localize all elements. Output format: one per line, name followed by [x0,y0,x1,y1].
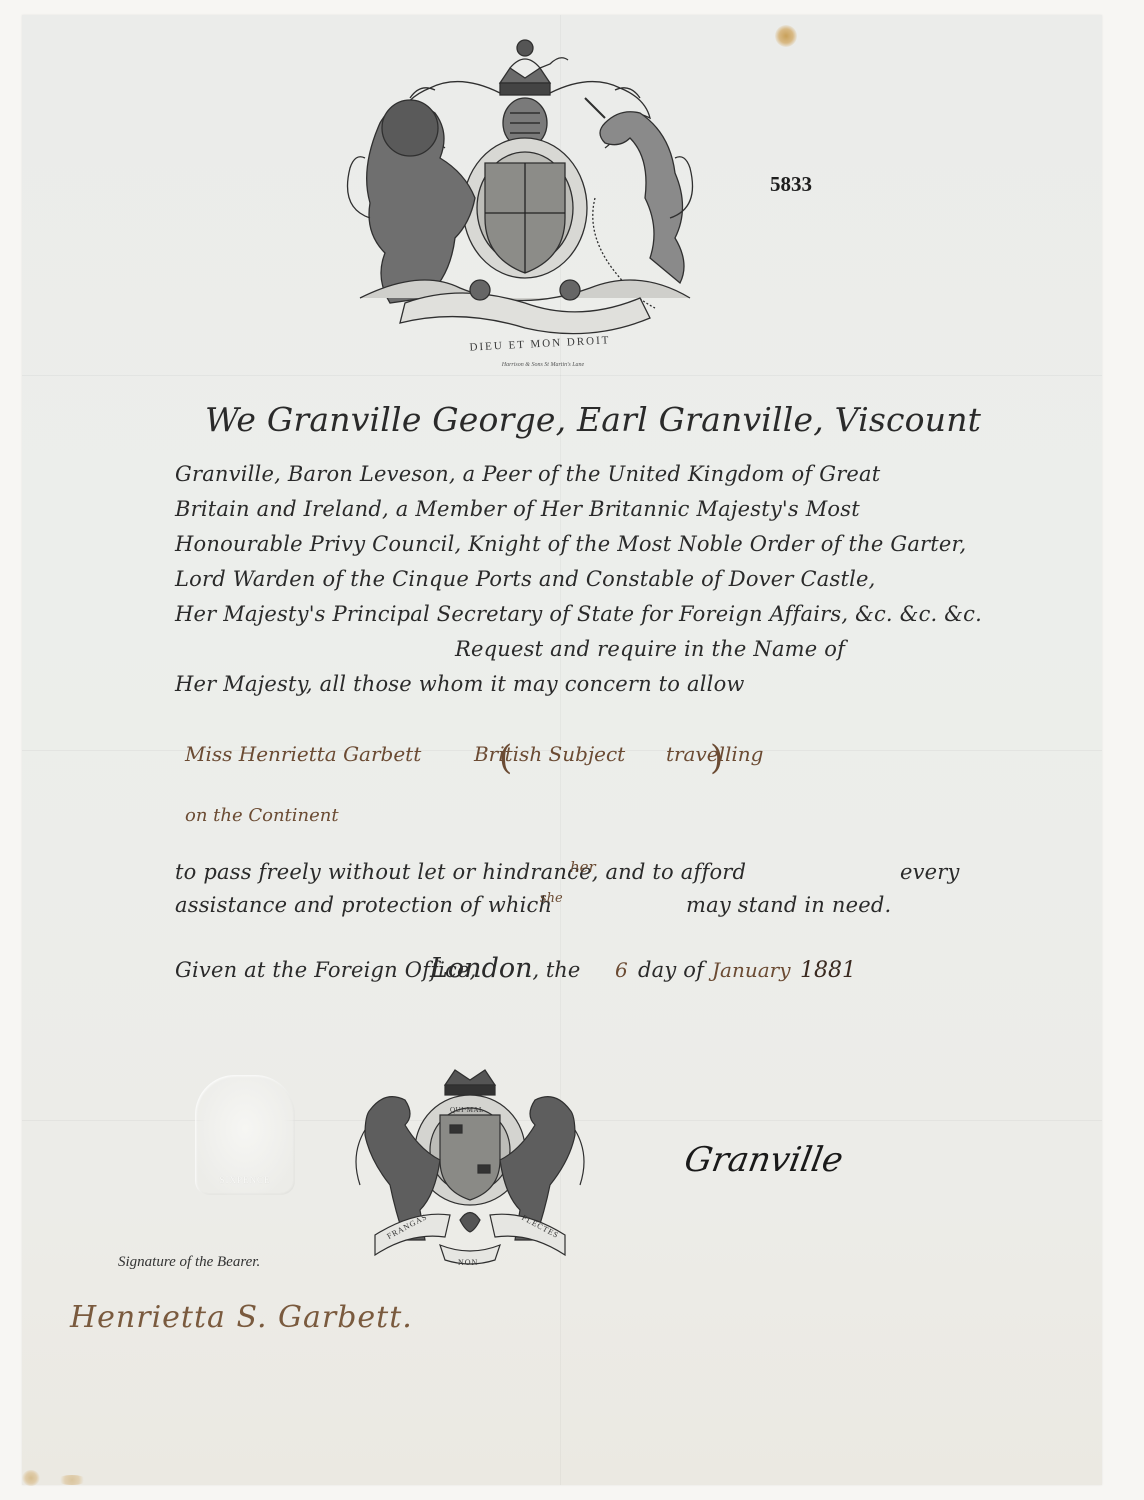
day-of-text: day of [638,958,704,982]
fold-line [22,375,1102,376]
royal-coat-of-arms-icon [340,28,710,353]
preamble-line: Granville, Baron Leveson, a Peer of the … [175,462,880,486]
preamble-line: Her Majesty, all those whom it may conce… [175,672,745,696]
request-text: assistance and protection of which [175,893,552,917]
serial-number: 5833 [770,172,812,197]
preamble-line: Lord Warden of the Cinque Ports and Cons… [175,567,876,591]
given-day: 6 [615,958,628,982]
pronoun-subject: she [540,891,563,906]
request-text: every [900,860,960,884]
granville-motto-center: NON [458,1258,478,1267]
preamble-line: Her Majesty's Principal Secretary of Sta… [175,602,982,626]
given-year: 1881 [800,958,856,983]
given-month: January [712,958,791,982]
bearer-destination: on the Continent [185,805,339,826]
request-line-1: to pass freely without let or hindrance,… [175,860,960,884]
pronoun-object: her [570,858,596,876]
given-the: , the [533,958,581,982]
preamble-line: Britain and Ireland, a Member of Her Bri… [175,497,860,521]
bearer-name: Miss Henrietta Garbett [185,742,421,766]
engraver-credit: Harrison & Sons St Martin's Lane [468,362,618,368]
bearer-signature: Henrietta S. Garbett. [70,1300,413,1335]
foxing-stain [775,25,797,47]
place-name: London [430,953,533,984]
close-parenthesis: ) [710,738,723,778]
secretary-signature: Granville [681,1140,846,1180]
request-text: may stand in need. [686,893,891,917]
bearer-signature-label: Signature of the Bearer. [118,1254,260,1271]
preamble-line: Request and require in the Name of [455,637,845,661]
granville-garter-motto: QUI·MAL [450,1106,484,1114]
preamble-heading: We Granville George, Earl Granville, Vis… [205,400,981,439]
preamble-line: Honourable Privy Council, Knight of the … [175,532,966,556]
embossed-stamp-label: SIXPENCE [205,1175,285,1185]
foxing-stain [57,1475,87,1485]
given-place: London, the [430,953,580,984]
foxing-stain [22,1470,40,1486]
request-text: to pass freely without let or hindrance,… [175,860,746,884]
request-line-2: assistance and protection of which may s… [175,893,891,917]
bearer-name-handwritten: Miss Henrietta Garbett British Subject t… [185,742,763,766]
open-parenthesis: ( [499,738,512,778]
bearer-status: British Subject [474,742,625,766]
